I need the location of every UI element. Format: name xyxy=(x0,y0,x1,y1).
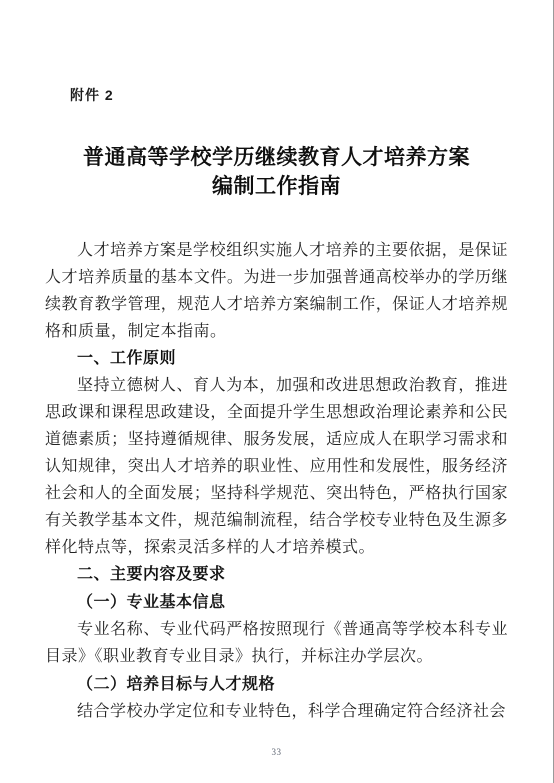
paragraph-training-goals: 结合学校办学定位和专业特色，科学合理确定符合经济社会 xyxy=(45,698,508,725)
section-heading-work-principles: 一、工作原则 xyxy=(45,345,508,372)
paragraph-intro: 人才培养方案是学校组织实施人才培养的主要依据，是保证人才培养质量的基本文件。为进… xyxy=(45,237,508,345)
document-title: 普通高等学校学历继续教育人才培养方案 编制工作指南 xyxy=(45,143,508,201)
document-title-line-2: 编制工作指南 xyxy=(45,172,508,201)
attachment-label: 附件 2 xyxy=(70,88,553,103)
section-heading-main-content: 二、主要内容及要求 xyxy=(45,561,508,588)
page-number: 33 xyxy=(0,747,553,757)
document-body: 人才培养方案是学校组织实施人才培养的主要依据，是保证人才培养质量的基本文件。为进… xyxy=(45,237,508,725)
subsection-heading-training-goals: （二）培养目标与人才规格 xyxy=(45,671,508,698)
document-page: 附件 2 普通高等学校学历继续教育人才培养方案 编制工作指南 人才培养方案是学校… xyxy=(0,0,554,783)
paragraph-work-principles: 坚持立德树人、育人为本，加强和改进思想政治教育，推进思政课和课程思政建设，全面提… xyxy=(45,372,508,561)
subsection-heading-basic-info: （一）专业基本信息 xyxy=(45,589,508,616)
document-title-line-1: 普通高等学校学历继续教育人才培养方案 xyxy=(45,143,508,172)
paragraph-basic-info: 专业名称、专业代码严格按照现行《普通高等学校本科专业目录》《职业教育专业目录》执… xyxy=(45,616,508,670)
